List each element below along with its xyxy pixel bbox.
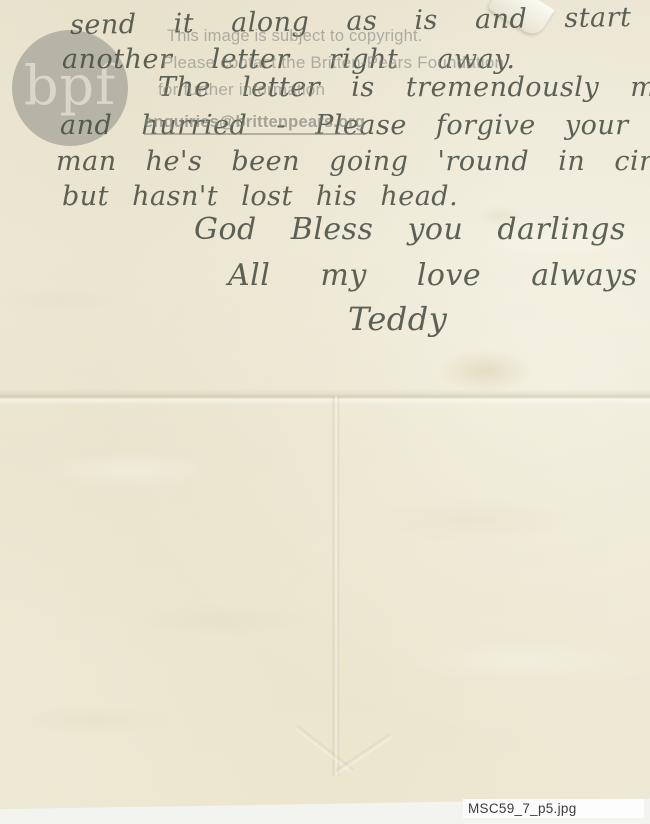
watermark-email: enquiries@brittenpears.org: [144, 113, 365, 135]
watermark-contact-line: Please contact the Britten-Pears Foundat…: [162, 53, 504, 73]
vertical-fold-crease: [331, 396, 340, 776]
handwriting-closing-valediction: All my love always: [228, 258, 638, 293]
watermark-info-line: for further information: [158, 80, 325, 100]
paper-stain: [438, 349, 533, 393]
watermark-copyright-line: This image is subject to copyright.: [167, 27, 423, 46]
scanned-letter-page: bpf send it along as is and start anothe…: [0, 0, 650, 824]
handwriting-signature: Teddy: [348, 300, 447, 338]
horizontal-fold-crease: [0, 389, 650, 405]
filename-label-box: MSC59_7_p5.jpg: [463, 799, 644, 818]
handwriting-closing-blessing: God Bless you darlings: [194, 212, 626, 247]
handwriting-line-6: but hasn't lost his head.: [62, 181, 458, 212]
handwriting-line-5: man he's been going 'round in circles,: [56, 146, 650, 177]
filename-label: MSC59_7_p5.jpg: [463, 801, 577, 816]
